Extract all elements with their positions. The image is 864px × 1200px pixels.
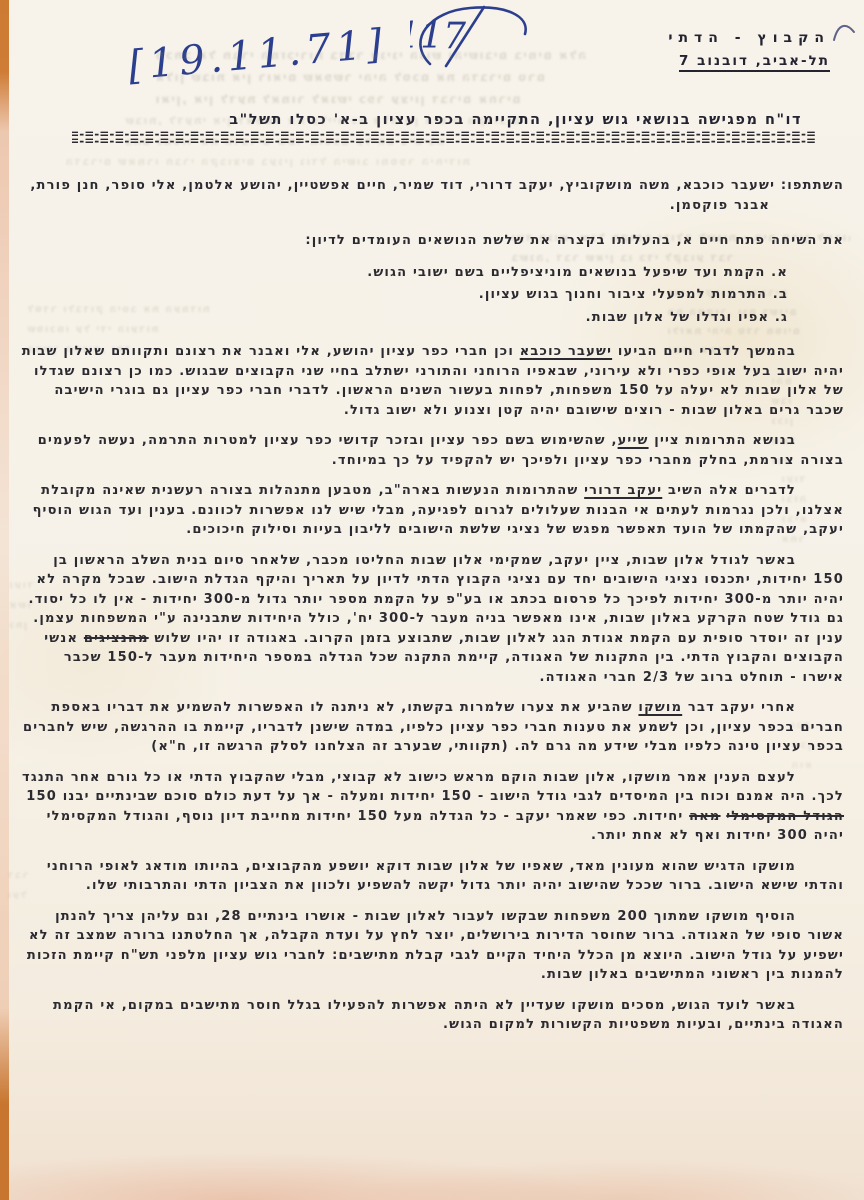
- text-run: השתתפו: ישעבר כוכבא, משה מושקוביץ, יעקב …: [30, 178, 844, 213]
- underlined-name: מושקו: [638, 700, 682, 715]
- paragraph-moshko-regret: אחרי יעקב דבר מושקו שהביע את צערו שלמרות…: [18, 698, 844, 757]
- struck-text: מאה: [689, 809, 720, 824]
- paragraph-drori-reply: לדברים אלה השיב יעקב דרורי שהתרומות הנעש…: [18, 481, 844, 540]
- text-run: הוסיף מושקו שמתוך 200 משפחות שבקשו לעבור…: [27, 909, 844, 983]
- paragraph-moshko-substance: לעצם הענין אמר מושקו, אלון שבות הוקם מרא…: [18, 768, 844, 846]
- opening-line: את השיחה פתח חיים א, בהעלותו בקצרה את של…: [18, 231, 844, 251]
- handwritten-page-number: 117: [410, 4, 534, 70]
- text-run: באשר לועד הגוש, מסכים מושקו שעדיין לא הי…: [53, 998, 844, 1033]
- text-run: באשר לגודל אלון שבות, ציין יעקב, שמקימי …: [28, 553, 844, 646]
- handwritten-oval-icon: 117: [410, 4, 534, 70]
- bleedthrough-text: הדברים שאמרו חברי הקבוצים בענין גודל היש…: [64, 152, 824, 172]
- title-underline-row: =-=-=-=-=-=-=-=-=-=-=-=-=-=-=-=-=-=-=-=-…: [72, 131, 816, 145]
- struck-text: מהנציגים: [84, 631, 149, 646]
- paragraph-gush-committee: באשר לועד הגוש, מסכים מושקו שעדיין לא הי…: [18, 996, 844, 1035]
- handwritten-date: [19.11.71]: [126, 21, 388, 89]
- paragraph-families: הוסיף מושקו שמתוך 200 משפחות שבקשו לעבור…: [18, 907, 844, 985]
- report-title: דו"ח מפגישה בנושאי גוש עציון, התקיימה בכ…: [86, 112, 802, 128]
- text-run: מושקו הדגיש שהוא מעונין מאד, שאפיו של אל…: [47, 859, 844, 894]
- underlined-name: ישעבר כוכבא: [520, 344, 612, 359]
- svg-text:117: 117: [410, 16, 466, 57]
- text-run: בנושא התרומות ציין: [649, 433, 796, 448]
- text-run: א. הקמת ועד שיפעל בנושאים מוניציפליים בש…: [367, 265, 788, 280]
- text-run: ג. אפיו וגדלו של אלון שבות.: [586, 310, 788, 325]
- underlined-name: יעקב דרורי: [584, 483, 662, 498]
- letterhead-org-name: הקבוץ - הדתי: [668, 30, 830, 46]
- paragraph-alon-shvut-size: באשר לגודל אלון שבות, ציין יעקב, שמקימי …: [18, 551, 844, 688]
- text-run: לדברים אלה השיב: [662, 483, 796, 498]
- text-run: ב. התרמות למפעלי ציבור וחנוך בגוש עציון.: [479, 287, 788, 302]
- paragraph-moshko-character: מושקו הדגיש שהוא מעונין מאד, שאפיו של אל…: [18, 857, 844, 896]
- text-run: לעצם הענין אמר מושקו, אלון שבות הוקם מרא…: [22, 770, 844, 805]
- agenda-item-b: ב. התרמות למפעלי ציבור וחנוך בגוש עציון.: [18, 285, 788, 305]
- paragraph-kfar-etzion-members: בהמשך לדברי חיים הביעו ישעבר כוכבא וכן ח…: [18, 342, 844, 420]
- handwritten-corner-mark-icon: [832, 20, 858, 44]
- text-run: בהמשך לדברי חיים הביעו: [612, 344, 796, 359]
- text-run: אחרי יעקב דבר: [682, 700, 796, 715]
- agenda-item-c: ג. אפיו וגדלו של אלון שבות.: [18, 308, 788, 328]
- paragraph-donations: בנושא התרומות ציין שייע, שהשימוש בשם כפר…: [18, 431, 844, 470]
- agenda-item-a: א. הקמת ועד שיפעל בנושאים מוניציפליים בש…: [18, 263, 788, 283]
- document-body: השתתפו: ישעבר כוכבא, משה מושקוביץ, יעקב …: [18, 176, 844, 1046]
- text-run: את השיחה פתח חיים א, בהעלותו בקצרה את של…: [305, 233, 844, 248]
- struck-text: הגודל המקסימלי: [726, 809, 844, 824]
- letterhead-address: תל-אביב, דובנוב 7: [679, 53, 830, 72]
- scan-edge-strip: [0, 0, 9, 1200]
- participants-line: השתתפו: ישעבר כוכבא, משה מושקוביץ, יעקב …: [18, 176, 844, 215]
- document-page: הקבוץ - הדתי תל-אביב, דובנוב 7 117 [19.1…: [0, 0, 864, 1200]
- scanned-document-page: { "page": { "ink": "#2b2a31", "handwriti…: [0, 0, 864, 1200]
- underlined-name: שייע: [618, 433, 649, 448]
